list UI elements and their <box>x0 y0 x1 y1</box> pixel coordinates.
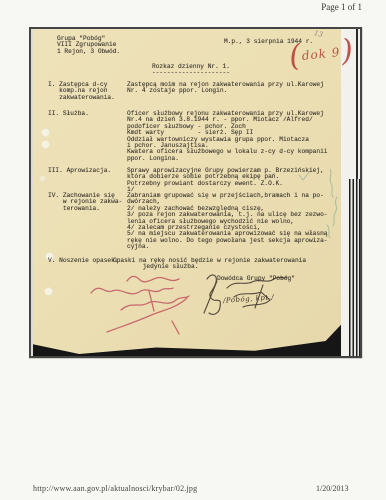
hole-punch <box>44 287 53 296</box>
section-4-text: Zabraniam grupować się w przejściach,bra… <box>127 193 328 251</box>
section-2-label: II. Służba. <box>48 111 89 117</box>
unit-letterhead: Grupa "Pobóg" VIII Zgrupowanie 1 Rejon, … <box>57 36 120 55</box>
hole-punch <box>41 128 50 137</box>
section-3-text: Sprawy aprowizacyjne Grupy powierzam p. … <box>127 168 324 194</box>
scanned-document-image: Grupa "Pobóg" VIII Zgrupowanie 1 Rejon, … <box>29 27 362 358</box>
hole-punch <box>39 175 46 182</box>
section-3-label: III. Aprowizacja. <box>48 168 111 174</box>
book-page-edges <box>349 179 360 356</box>
section-1-text: Zastępcą moim na rejon zakwaterowania pr… <box>127 82 324 95</box>
section-5-text: Opaski na rękę nosić będzie w rejonie za… <box>113 258 306 271</box>
section-5-label: V. Noszenie opasek. <box>48 258 119 264</box>
commander-signature-title: Dowódca Grupy "Pobóg" <box>217 276 295 282</box>
book-edge-line <box>356 29 358 181</box>
scan-left-edge <box>31 29 33 356</box>
red-doc-number-annotation: ( dok 9 ) <box>288 36 355 73</box>
red-annotation-text: dok 9 <box>301 45 341 63</box>
print-date: 1/20/2013 <box>316 484 348 493</box>
section-2-text: Oficer służbowy rejonu zakwaterowania pr… <box>127 111 328 162</box>
title-underline: --------------------- <box>152 70 230 76</box>
print-page-counter: Page 1 of 1 <box>321 2 362 12</box>
hole-punch <box>41 140 50 149</box>
section-4-label: IV. Zachowanie się w rejonie zakwa- tero… <box>48 193 122 212</box>
section-1-label: I. Zastępca d-cy komp.na rejon zakwatero… <box>48 82 115 101</box>
source-url: http://www.aan.gov.pl/aktualnosci/krybar… <box>33 484 197 493</box>
open-paren: ( <box>288 41 303 72</box>
printed-page: { "page": { "header_right": "Page 1 of 1… <box>0 0 386 500</box>
